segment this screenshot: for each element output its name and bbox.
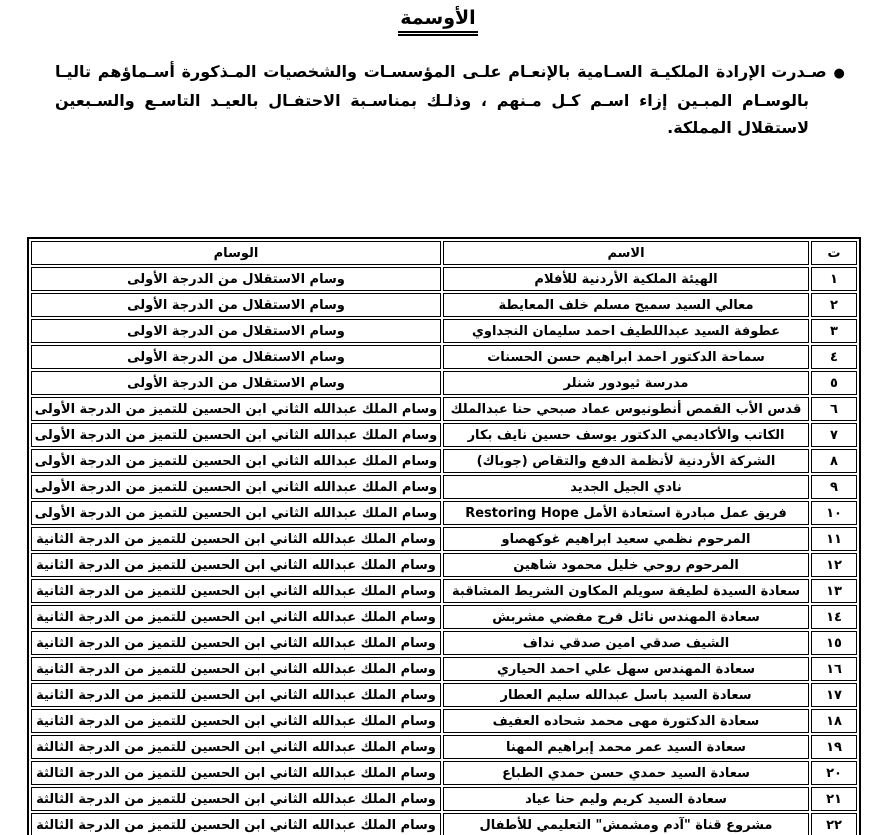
cell-no: ١٧ [811, 683, 857, 707]
cell-medal: وسام الملك عبدالله الثاني ابن الحسين للت… [31, 735, 441, 759]
cell-no: ١٨ [811, 709, 857, 733]
cell-name: نادي الجيل الجديد [443, 475, 809, 499]
cell-no: ٥ [811, 371, 857, 395]
cell-name: الشيف صدقي امين صدقي نداف [443, 631, 809, 655]
table-row: ١٨سعادة الدكتورة مهى محمد شحاده العفيفوس… [31, 709, 857, 733]
header-cell-name: الاسم [443, 241, 809, 265]
cell-no: ١١ [811, 527, 857, 551]
cell-no: ٦ [811, 397, 857, 421]
cell-name: سماحة الدكتور احمد ابراهيم حسن الحسنات [443, 345, 809, 369]
table-row: ١١المرحوم نظمي سعيد ابراهيم غوكهصاووسام … [31, 527, 857, 551]
cell-medal: وسام الملك عبدالله الثاني ابن الحسين للت… [31, 423, 441, 447]
table-row: ٩نادي الجيل الجديدوسام الملك عبدالله الث… [31, 475, 857, 499]
table-row: ٢٢مشروع قناة "آدم ومشمش" التعليمي للأطفا… [31, 813, 857, 835]
cell-name: الشركة الأردنية لأنظمة الدفع والتقاص (جو… [443, 449, 809, 473]
cell-no: ٩ [811, 475, 857, 499]
cell-no: ٢١ [811, 787, 857, 811]
cell-medal: وسام الملك عبدالله الثاني ابن الحسين للت… [31, 475, 441, 499]
table-row: ١٩سعادة السيد عمر محمد إبراهيم المهناوسا… [31, 735, 857, 759]
bullet-icon: ● [833, 66, 846, 81]
cell-no: ٢٠ [811, 761, 857, 785]
document-page: الأوسمة ● صـدرت الإرادة الملكيـة السـامي… [0, 0, 876, 835]
table-row: ٨الشركة الأردنية لأنظمة الدفع والتقاص (ج… [31, 449, 857, 473]
cell-name: عطوفة السيد عبداللطيف احمد سليمان النجدا… [443, 319, 809, 343]
cell-no: ١٠ [811, 501, 857, 525]
table-row: ٧الكاتب والأكاديمي الدكتور يوسف حسين ناي… [31, 423, 857, 447]
cell-name: سعادة الدكتورة مهى محمد شحاده العفيف [443, 709, 809, 733]
paragraph-line-3: لاستقلال المملكة. [0, 114, 809, 141]
cell-no: ٨ [811, 449, 857, 473]
cell-name: سعادة السيد كريم وليم حنا عياد [443, 787, 809, 811]
cell-name: سعادة السيد حمدي حسن حمدي الطباع [443, 761, 809, 785]
cell-name: قدس الأب القمص أنطونيوس عماد صبحي حنا عب… [443, 397, 809, 421]
cell-name: معالي السيد سميح مسلم خلف المعايطة [443, 293, 809, 317]
cell-no: ١٥ [811, 631, 857, 655]
cell-name: مشروع قناة "آدم ومشمش" التعليمي للأطفال [443, 813, 809, 835]
cell-name: سعادة المهندس نائل فرح مفضي مشربش [443, 605, 809, 629]
paragraph-line-1: ● صـدرت الإرادة الملكيـة السـامية بالإنع… [55, 58, 846, 87]
cell-no: ١٢ [811, 553, 857, 577]
header-cell-number: ت [811, 241, 857, 265]
cell-no: ٢ [811, 293, 857, 317]
table-row: ١٣سعادة السيدة لطيفة سويلم المكاون الشري… [31, 579, 857, 603]
cell-medal: وسام الاستقلال من الدرجة الأولى [31, 293, 441, 317]
title-container: الأوسمة [0, 0, 876, 36]
cell-medal: وسام الملك عبدالله الثاني ابن الحسين للت… [31, 579, 441, 603]
table-row: ١٧سعادة السيد باسل عبدالله سليم العطاروس… [31, 683, 857, 707]
table-header-row: ت الاسم الوسام [31, 241, 857, 265]
cell-medal: وسام الاستقلال من الدرجة الأولى [31, 345, 441, 369]
cell-medal: وسام الاستقلال من الدرجة الأولى [31, 267, 441, 291]
medals-table: ت الاسم الوسام ١الهيئة الملكية الأردنية … [27, 237, 861, 835]
cell-medal: وسام الملك عبدالله الثاني ابن الحسين للت… [31, 683, 441, 707]
cell-medal: وسام الملك عبدالله الثاني ابن الحسين للت… [31, 605, 441, 629]
cell-medal: وسام الملك عبدالله الثاني ابن الحسين للت… [31, 761, 441, 785]
table-row: ٢معالي السيد سميح مسلم خلف المعايطةوسام … [31, 293, 857, 317]
cell-name: سعادة السيدة لطيفة سويلم المكاون الشريط … [443, 579, 809, 603]
intro-paragraph: ● صـدرت الإرادة الملكيـة السـامية بالإنع… [0, 58, 876, 141]
cell-no: ١٩ [811, 735, 857, 759]
table-row: ١٠فريق عمل مبادرة استعادة الأمل Restorin… [31, 501, 857, 525]
table-row: ١٦سعادة المهندس سهل علي احمد الحياريوسام… [31, 657, 857, 681]
paragraph-text-1: صـدرت الإرادة الملكيـة السـامية بالإنعـا… [55, 62, 827, 81]
cell-no: ٢٢ [811, 813, 857, 835]
cell-medal: وسام الملك عبدالله الثاني ابن الحسين للت… [31, 449, 441, 473]
cell-name: الكاتب والأكاديمي الدكتور يوسف حسين نايف… [443, 423, 809, 447]
header-cell-medal: الوسام [31, 241, 441, 265]
table-row: ١٥الشيف صدقي امين صدقي ندافوسام الملك عب… [31, 631, 857, 655]
cell-no: ٣ [811, 319, 857, 343]
cell-medal: وسام الملك عبدالله الثاني ابن الحسين للت… [31, 813, 441, 835]
table-row: ٢٠سعادة السيد حمدي حسن حمدي الطباعوسام ا… [31, 761, 857, 785]
cell-medal: وسام الملك عبدالله الثاني ابن الحسين للت… [31, 787, 441, 811]
cell-medal: وسام الاستقلال من الدرجة الاولى [31, 319, 441, 343]
cell-medal: وسام الملك عبدالله الثاني ابن الحسين للت… [31, 527, 441, 551]
table-row: ٢١سعادة السيد كريم وليم حنا عيادوسام الم… [31, 787, 857, 811]
table-row: ٣عطوفة السيد عبداللطيف احمد سليمان النجد… [31, 319, 857, 343]
cell-medal: وسام الملك عبدالله الثاني ابن الحسين للت… [31, 397, 441, 421]
cell-no: ١ [811, 267, 857, 291]
cell-name: سعادة المهندس سهل علي احمد الحياري [443, 657, 809, 681]
cell-name: سعادة السيد باسل عبدالله سليم العطار [443, 683, 809, 707]
cell-no: ٤ [811, 345, 857, 369]
cell-name: فريق عمل مبادرة استعادة الأمل Restoring … [443, 501, 809, 525]
table-row: ١٤سعادة المهندس نائل فرح مفضي مشربشوسام … [31, 605, 857, 629]
cell-medal: وسام الملك عبدالله الثاني ابن الحسين للت… [31, 553, 441, 577]
table-row: ٦قدس الأب القمص أنطونيوس عماد صبحي حنا ع… [31, 397, 857, 421]
medals-table-head: ت الاسم الوسام [31, 241, 857, 265]
table-row: ١الهيئة الملكية الأردنية للأفلاموسام الا… [31, 267, 857, 291]
table-row: ٤سماحة الدكتور احمد ابراهيم حسن الحسناتو… [31, 345, 857, 369]
cell-medal: وسام الملك عبدالله الثاني ابن الحسين للت… [31, 657, 441, 681]
medals-table-body: ١الهيئة الملكية الأردنية للأفلاموسام الا… [31, 267, 857, 835]
cell-name: الهيئة الملكية الأردنية للأفلام [443, 267, 809, 291]
cell-no: ١٦ [811, 657, 857, 681]
cell-name: سعادة السيد عمر محمد إبراهيم المهنا [443, 735, 809, 759]
cell-medal: وسام الملك عبدالله الثاني ابن الحسين للت… [31, 709, 441, 733]
table-row: ١٢المرحوم روحي خليل محمود شاهينوسام المل… [31, 553, 857, 577]
cell-no: ١٣ [811, 579, 857, 603]
cell-medal: وسام الملك عبدالله الثاني ابن الحسين للت… [31, 501, 441, 525]
cell-name: المرحوم روحي خليل محمود شاهين [443, 553, 809, 577]
cell-no: ١٤ [811, 605, 857, 629]
cell-medal: وسام الملك عبدالله الثاني ابن الحسين للت… [31, 631, 441, 655]
paragraph-line-2: بالوسـام المبـين إزاء اسـم كـل مـنهم ، و… [55, 87, 809, 114]
cell-medal: وسام الاستقلال من الدرجة الأولى [31, 371, 441, 395]
cell-no: ٧ [811, 423, 857, 447]
page-title: الأوسمة [398, 7, 477, 36]
table-row: ٥مدرسة ثيودور شنلروسام الاستقلال من الدر… [31, 371, 857, 395]
cell-name: مدرسة ثيودور شنلر [443, 371, 809, 395]
cell-name: المرحوم نظمي سعيد ابراهيم غوكهصاو [443, 527, 809, 551]
